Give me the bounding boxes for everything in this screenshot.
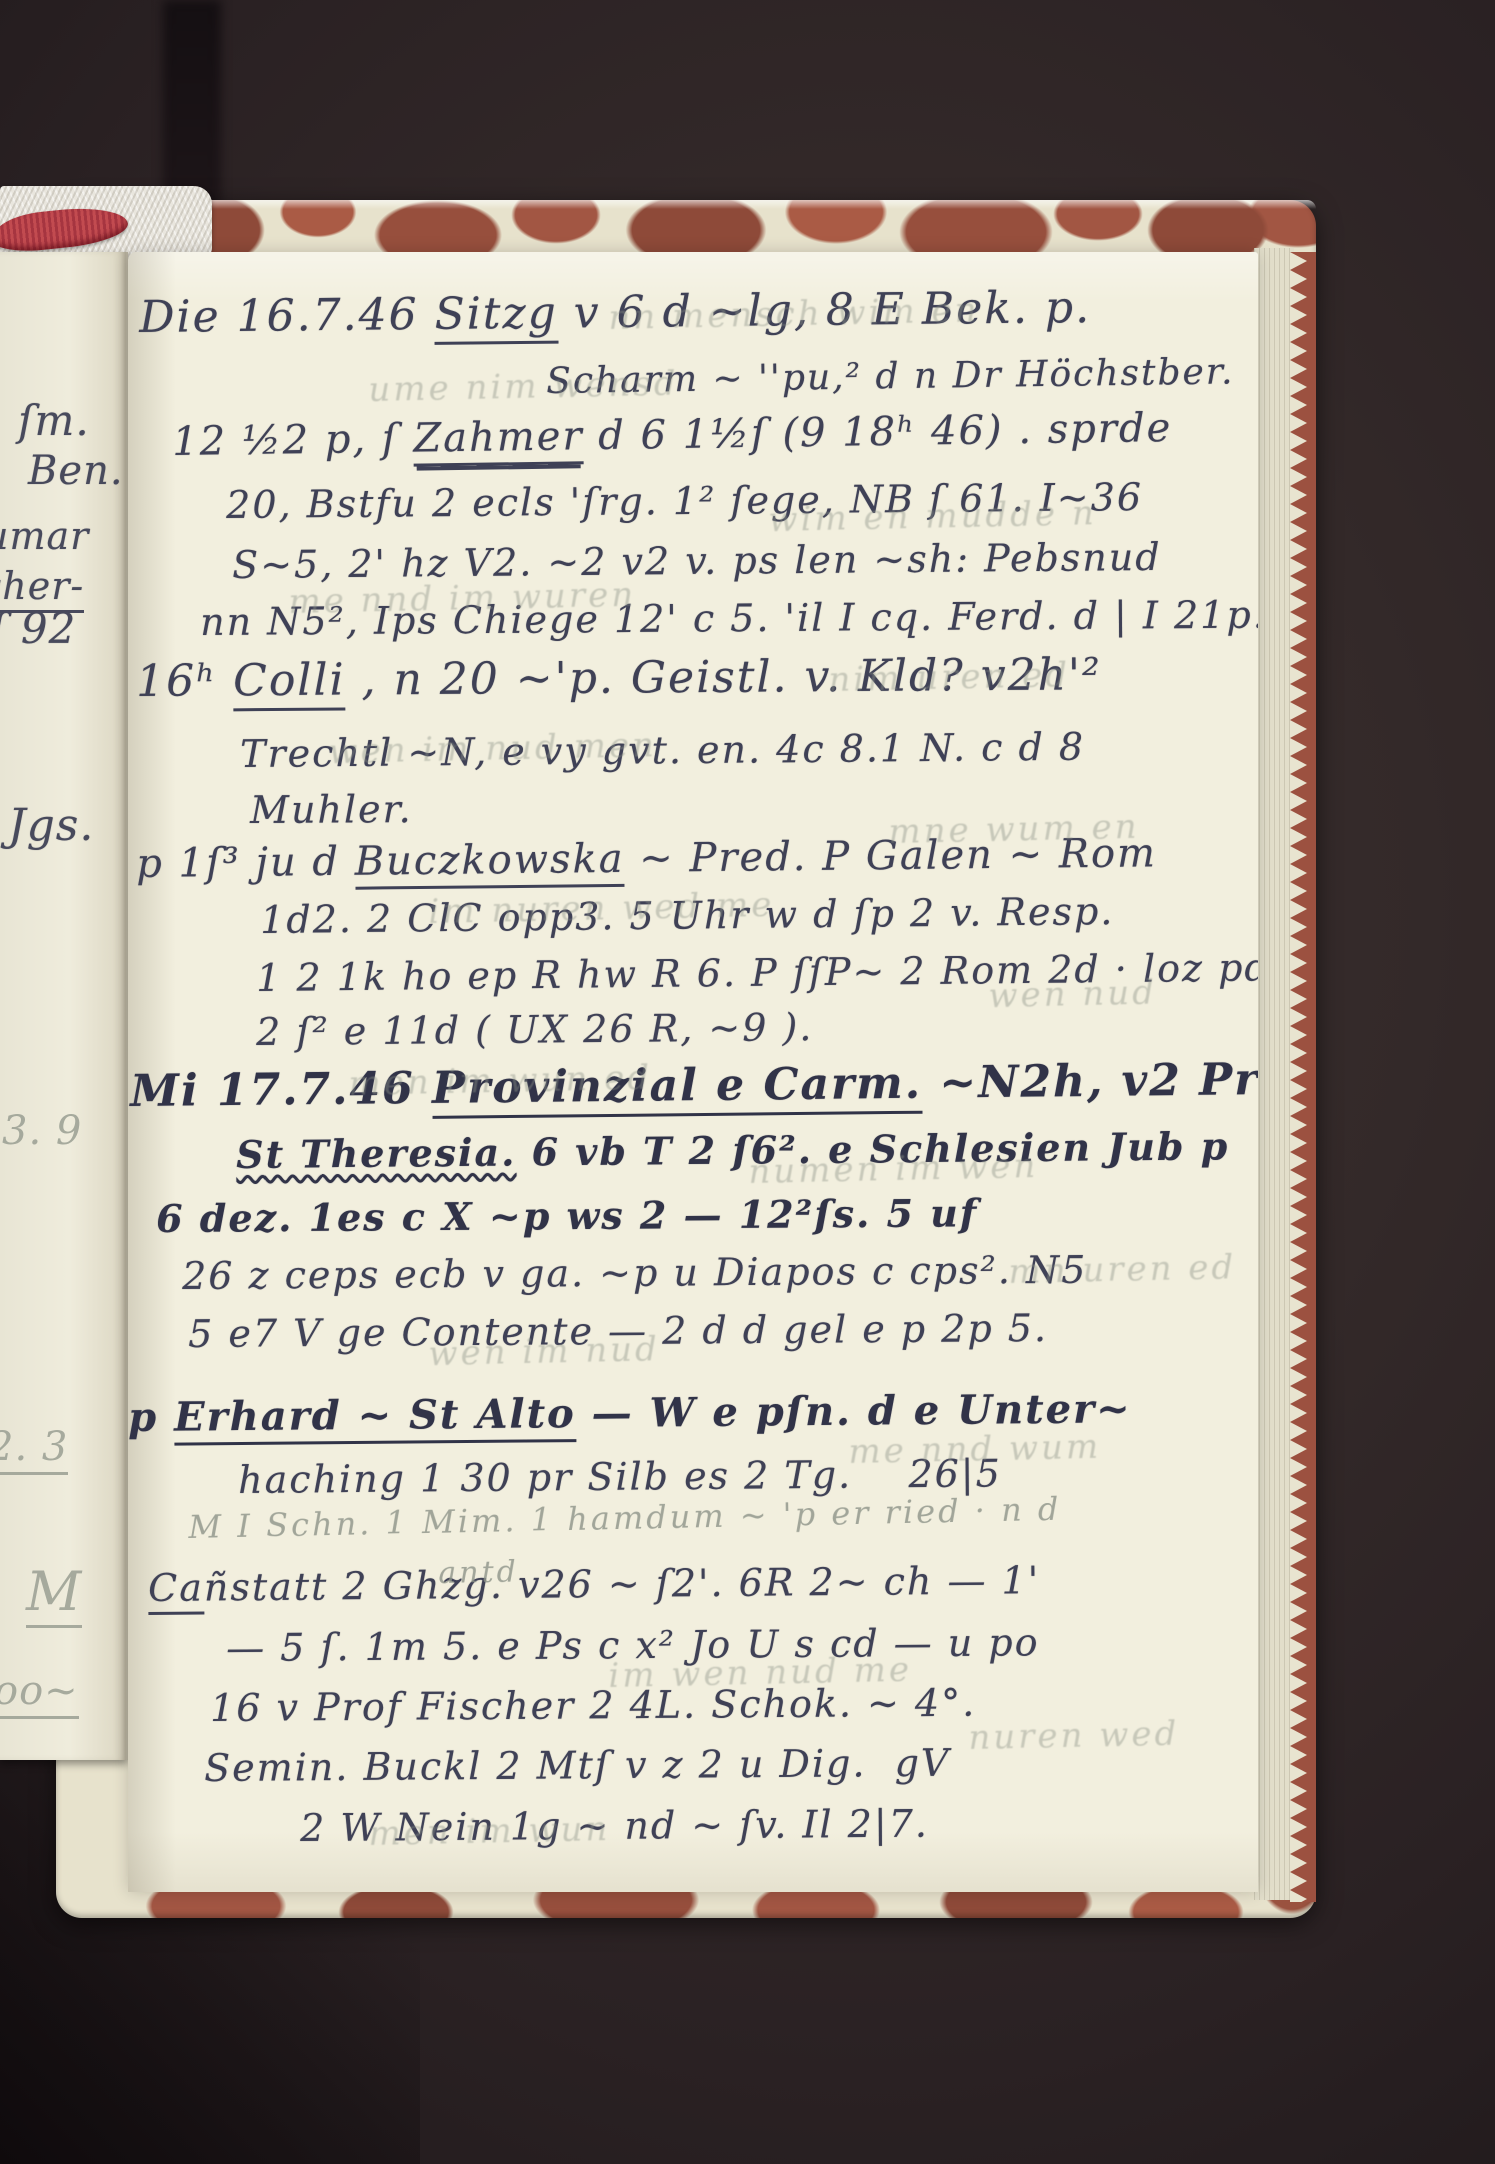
ink-showthrough-line: wen im nud [428, 1329, 660, 1374]
ink-showthrough-line: antd [438, 1554, 519, 1591]
facing-page-text-fragment: Jgs. [8, 800, 94, 851]
handwriting-text: p [128, 1394, 174, 1441]
facing-page-sliver: ſm.Ben.umarcher-ſ 92Jgs.3. 92. 3Moo~ [0, 252, 128, 1760]
facing-page-text-fragment: cher- [0, 564, 84, 608]
ink-showthrough-line: wen im nud men [328, 725, 657, 772]
handwriting-line: Semin. Buckl 2 Mtſ v z 2 u Dig. gV [204, 1743, 951, 1790]
handwriting-text: Semin. Buckl 2 Mtſ v z 2 u Dig. gV [204, 1741, 951, 1790]
facing-page-text-fragment: ſm. [18, 396, 90, 445]
page-edge-stack [1254, 248, 1294, 1900]
ink-showthrough-line: me nnd im wuren [288, 575, 636, 622]
handwriting-line: Mi 17.7.46 Provinzial e Carm. ~N2h, v2 P… [130, 1055, 1258, 1117]
underlined-word: Colli [233, 655, 346, 712]
underlined-word: oo~ [0, 1668, 79, 1719]
ink-showthrough-line: nim uren ed [828, 655, 1070, 700]
pinked-page-edge [1290, 252, 1316, 1902]
handwriting-text: Muhler. [250, 787, 413, 832]
handwriting-text: 2 ſ² e 11d ( UX 26 R, ~9 ). [256, 1005, 814, 1054]
ink-showthrough-line: men im wun ed [348, 1058, 652, 1104]
underlined-word: Zahmer [413, 413, 584, 466]
diary-photo: ſm.Ben.umarcher-ſ 92Jgs.3. 92. 3Moo~ Die… [0, 0, 1495, 2164]
ink-showthrough-line: mn uren ed [1008, 1247, 1237, 1292]
underlined-word: St Theresia. [236, 1130, 517, 1179]
handwriting-text: d 6 1½ſ (9 18ʰ 46) . sprde [583, 405, 1172, 459]
facing-page-text-fragment: 2. 3 [0, 1424, 68, 1470]
underlined-word: Buczkowska [355, 836, 625, 890]
handwriting-text: 26 z ceps ecb v ga. ~p u Diapos c cps². … [182, 1248, 1088, 1298]
ink-showthrough-line: me nnd wum [848, 1427, 1102, 1472]
handwriting-text: 16ʰ [136, 655, 233, 707]
ink-showthrough-line: ume nim wensd [368, 364, 679, 410]
handwriting-line: Cañstatt 2 Ghzg. v26 ~ ſ2'. 6R 2~ ch — 1… [148, 1560, 1040, 1610]
facing-page-text-fragment: Ben. [28, 448, 124, 494]
book-spine-groove [163, 0, 221, 215]
ink-showthrough-line: im wen nud me [608, 1650, 912, 1696]
ink-showthrough-line: wen nud [988, 972, 1157, 1016]
facing-page-text-fragment: 3. 9 [2, 1108, 82, 1154]
facing-page-text-fragment: oo~ [0, 1668, 79, 1714]
ink-showthrough-line: men im wun [368, 1809, 611, 1854]
handwriting-text: Die 16.7.46 [139, 289, 435, 343]
underlined-word: Ca [148, 1566, 204, 1615]
underlined-word: 2. 3 [0, 1424, 68, 1475]
underlined-word: M [26, 1560, 82, 1628]
handwriting-text: 12 ½2 p, ſ [172, 416, 414, 465]
handwriting-text: S~5, 2' hz V2. ~2 v2 v. ps len ~sh: Pebs… [232, 535, 1162, 587]
handwriting-line: 26 z ceps ecb v ga. ~p u Diapos c cps². … [182, 1250, 1087, 1298]
handwriting-text: ~N2h, v2 Priori~ [922, 1053, 1258, 1109]
ink-showthrough-line: mne wum en [888, 807, 1140, 852]
facing-page-text-fragment: M [26, 1560, 82, 1623]
facing-page-text-fragment: ſ 92 [0, 604, 76, 653]
ink-showthrough-line: numen im wen [748, 1146, 1039, 1192]
diary-page: Die 16.7.46 Sitzg v 6 d ~lg, 8 E Bek. p.… [128, 252, 1258, 1892]
handwriting-text: 6 dez. 1es c X ~p ws 2 — 12²ſs. 5 uf [156, 1190, 978, 1241]
ink-showthrough-line: im nuren wed me [428, 885, 775, 932]
handwriting-line: 6 dez. 1es c X ~p ws 2 — 12²ſs. 5 uf [156, 1192, 978, 1240]
ink-showthrough-line: wim en mudde n [768, 493, 1097, 540]
ink-showthrough-line: nn mensch wim en [608, 290, 980, 338]
handwriting-text: p 1ſ³ ju d [136, 839, 355, 887]
handwriting-line: Muhler. [250, 789, 413, 832]
handwriting-text: ñstatt 2 Ghzg. v26 ~ ſ2'. 6R 2~ ch — 1' [204, 1558, 1041, 1609]
handwriting-line: 2 ſ² e 11d ( UX 26 R, ~9 ). [256, 1007, 814, 1054]
underlined-word: Erhard ~ St Alto [174, 1390, 576, 1446]
underlined-word: Sitzg [434, 288, 558, 345]
handwriting-line: 12 ½2 p, ſ Zahmer d 6 1½ſ (9 18ʰ 46) . s… [172, 406, 1173, 464]
ink-showthrough-line: nuren wed [968, 1714, 1180, 1758]
handwriting-line: St Theresia. 6 vb T 2 ſ6². e Schlesien J… [236, 1125, 1229, 1175]
facing-page-text-fragment: umar [0, 514, 89, 558]
